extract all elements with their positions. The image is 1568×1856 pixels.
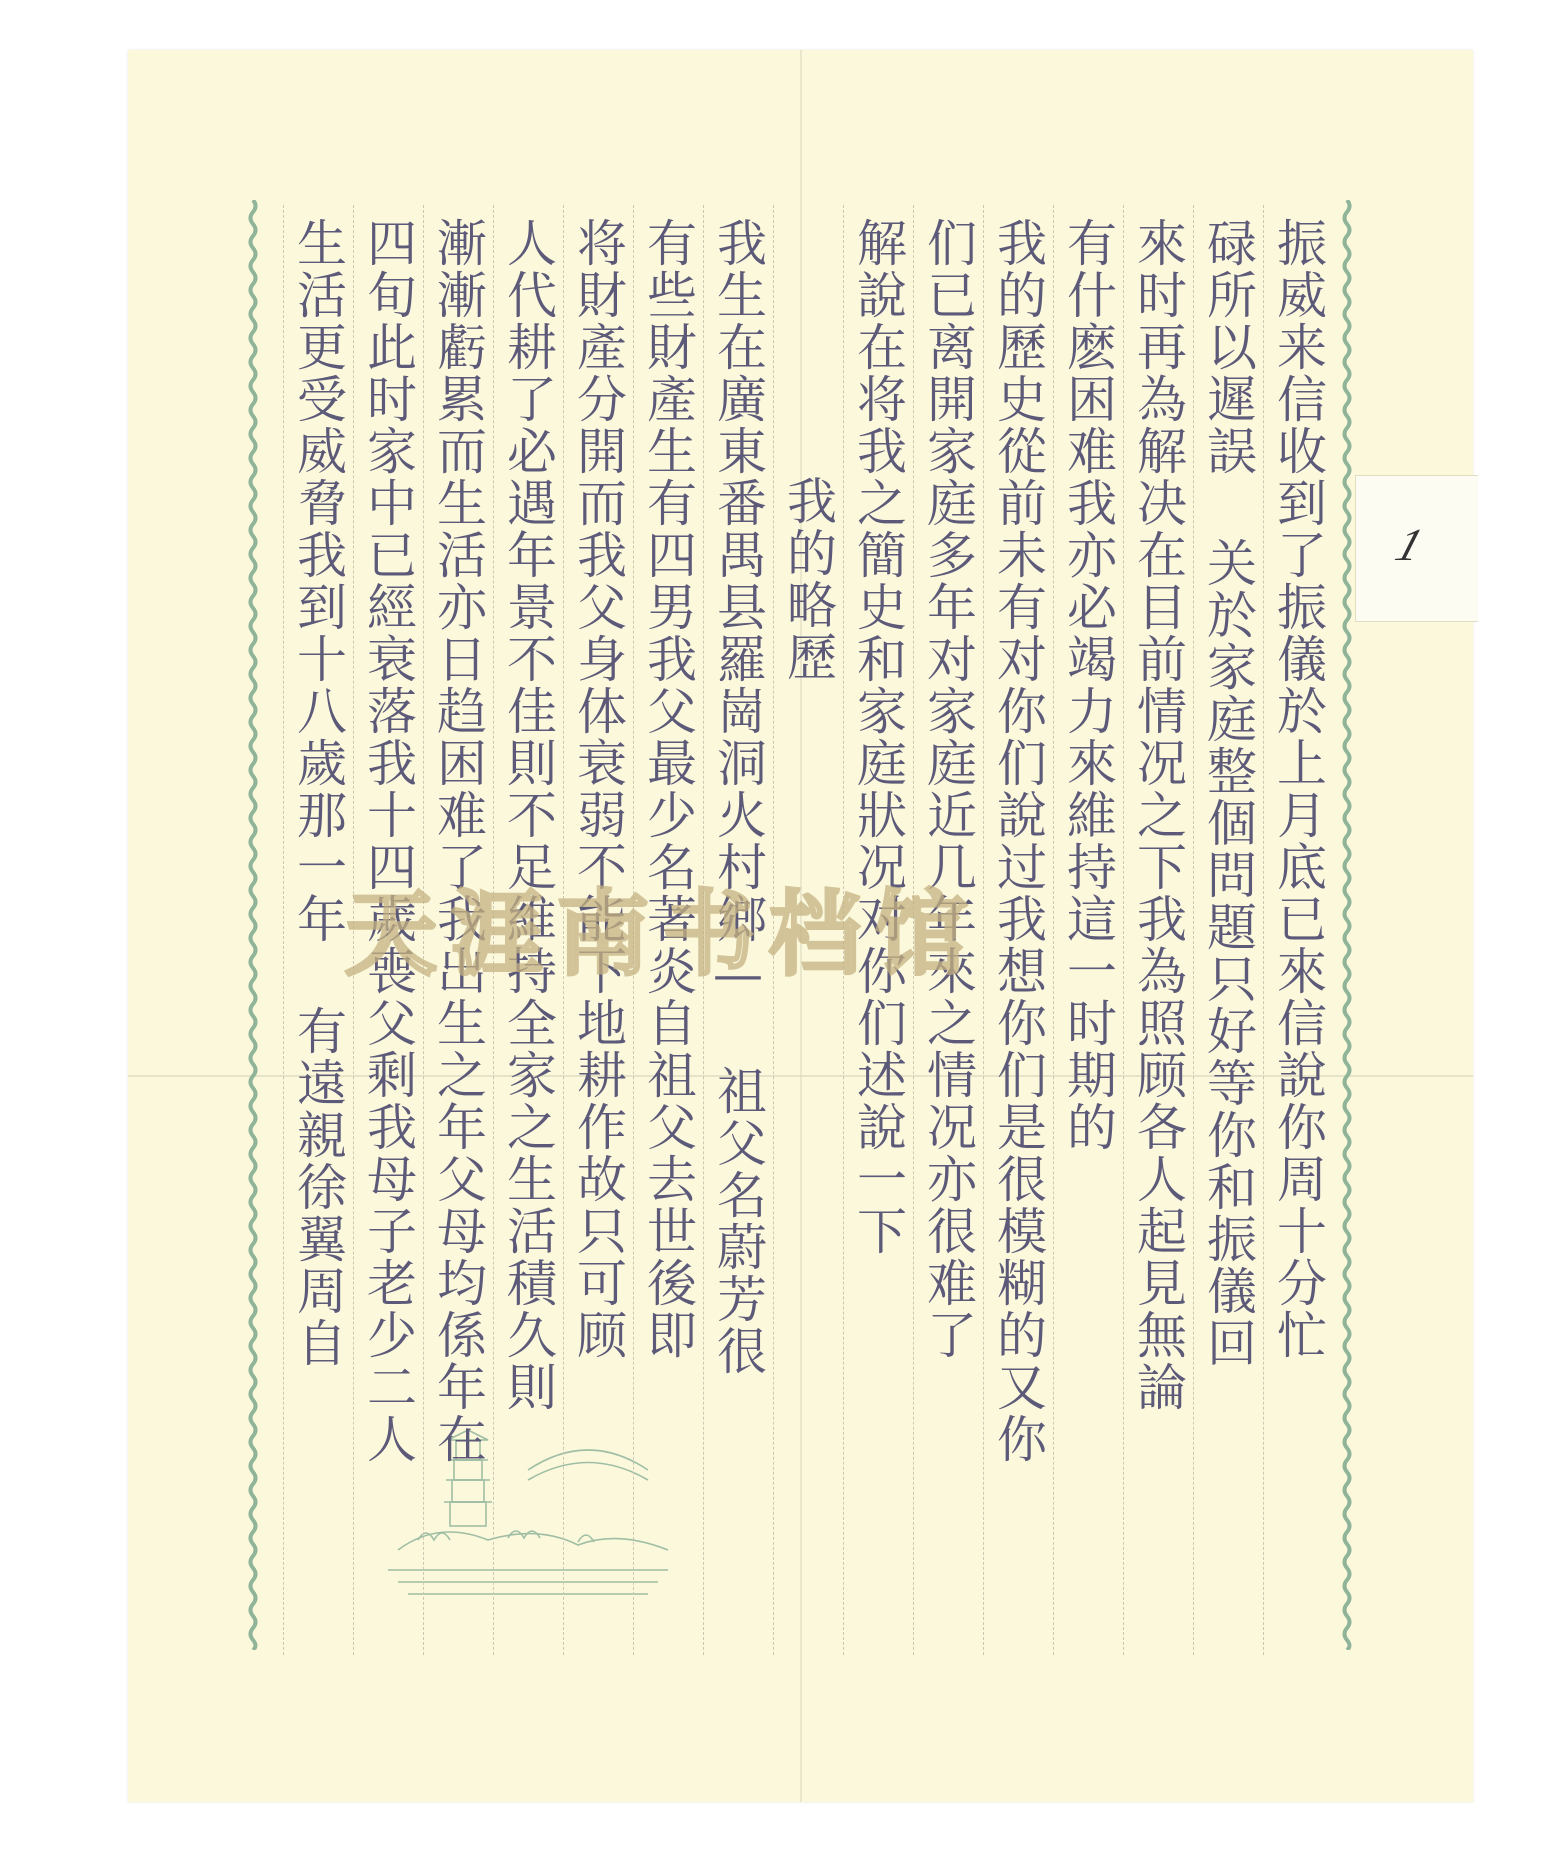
text-line: 我的歷史從前未有对你们說过我想你们是很模糊的又你	[988, 217, 1048, 1465]
text-line: 解說在将我之簡史和家庭狀况对你们述說一下	[848, 217, 908, 1257]
left-wavy-border-icon	[246, 200, 260, 1650]
text-column-15: 生活更受威脅我到十八歲那一年 有遠親徐翼周自	[283, 205, 350, 1655]
text-line: 生活更受威脅我到十八歲那一年 有遠親徐翼周自	[288, 217, 348, 1369]
text-line: 有些財產生有四男我父最少名著炎自祖父去世後即	[638, 217, 698, 1361]
text-line: 们已离開家庭多年对家庭近几年來之情况亦很难了	[918, 217, 978, 1361]
text-line: 來时再為解决在目前情况之下我為照顾各人起見無論	[1128, 217, 1188, 1413]
page-number-tab: 1	[1355, 475, 1478, 622]
right-wavy-border-icon	[1340, 200, 1354, 1650]
text-line: 有什麽困难我亦必竭力來維持這一时期的	[1058, 217, 1118, 1153]
watermark: 天涯南书档馆	[345, 880, 1125, 990]
text-line: 碌所以遲誤 关於家庭整個問題只好等你和振儀回	[1198, 217, 1258, 1369]
text-line: 将財產分開而我父身体衰弱不能下地耕作故只可顾	[568, 217, 628, 1361]
text-column-1: 振威来信收到了振儀於上月底已來信說你周十分忙	[1263, 205, 1330, 1655]
text-line: 我生在廣東番禺县羅崗洞火村鄉— 祖父名蔚芳很	[708, 217, 768, 1377]
section-heading: 我的略歷	[778, 475, 838, 683]
page-number: 1	[1389, 518, 1429, 571]
text-line: 人代耕了必遇年景不佳則不足維持全家之生活積久則	[498, 217, 558, 1413]
text-line: 四旬此时家中已經衰落我十四歲喪父剩我母子老少二人	[358, 217, 418, 1465]
text-line: 振威来信收到了振儀於上月底已來信說你周十分忙	[1268, 217, 1328, 1361]
text-column-3: 來时再為解决在目前情况之下我為照顾各人起見無論	[1123, 205, 1190, 1655]
text-line: 漸漸虧累而生活亦日趋困难了我出生之年父母均係年在	[428, 217, 488, 1465]
text-column-2: 碌所以遲誤 关於家庭整個問題只好等你和振儀回	[1193, 205, 1260, 1655]
